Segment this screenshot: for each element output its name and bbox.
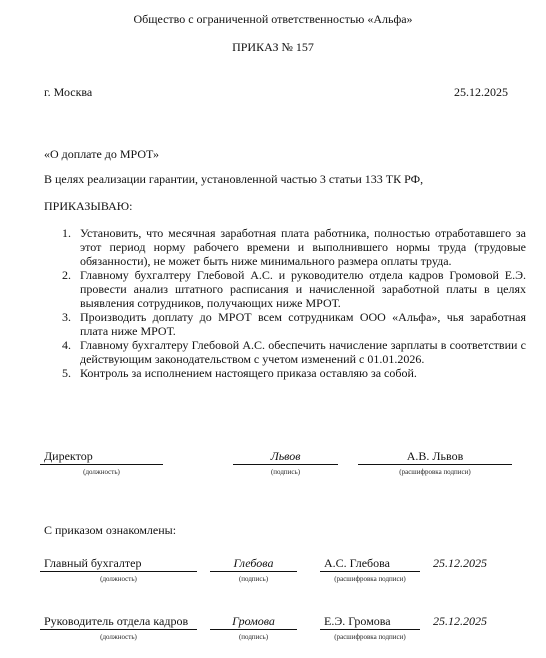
list-item: 2. Главному бухгалтеру Глебовой А.С. и р… xyxy=(80,268,526,310)
order-subject: «О доплате до МРОТ» xyxy=(44,147,159,161)
item-number: 2. xyxy=(62,268,71,282)
name-caption: (расшифровка подписи) xyxy=(320,575,420,583)
ack-date: 25.12.2025 xyxy=(433,556,487,570)
item-number: 3. xyxy=(62,310,71,324)
ack-position: Главный бухгалтер xyxy=(44,556,141,570)
position-caption: (должность) xyxy=(40,633,197,641)
item-text: Главному бухгалтеру Глебовой А.С. и руко… xyxy=(80,268,526,310)
list-item: 5. Контроль за исполнением настоящего пр… xyxy=(80,366,526,380)
item-number: 5. xyxy=(62,366,71,380)
position-line xyxy=(40,464,163,465)
city: г. Москва xyxy=(44,85,92,99)
signature-caption: (подпись) xyxy=(210,575,297,583)
item-text: Производить доплату до МРОТ всем сотрудн… xyxy=(80,310,526,338)
ack-date: 25.12.2025 xyxy=(433,614,487,628)
list-item: 4. Главному бухгалтеру Глебовой А.С. обе… xyxy=(80,338,526,366)
list-item: 1. Установить, что месячная заработная п… xyxy=(80,226,526,268)
acknowledgement-heading: С приказом ознакомлены: xyxy=(44,523,176,537)
organization-name: Общество с ограниченной ответственностью… xyxy=(0,12,546,26)
ack-name: А.С. Глебова xyxy=(324,556,390,570)
item-text: Главному бухгалтеру Глебовой А.С. обеспе… xyxy=(80,338,526,366)
name-line xyxy=(358,464,512,465)
ack-signature: Громова xyxy=(210,614,297,628)
position-line xyxy=(40,571,197,572)
item-number: 1. xyxy=(62,226,71,240)
item-text: Контроль за исполнением настоящего прика… xyxy=(80,366,417,380)
signature-line xyxy=(233,464,338,465)
signature-caption: (подпись) xyxy=(210,633,297,641)
item-number: 4. xyxy=(62,338,71,352)
ack-name: Е.Э. Громова xyxy=(324,614,391,628)
name-caption: (расшифровка подписи) xyxy=(320,633,420,641)
item-text: Установить, что месячная заработная плат… xyxy=(80,226,526,268)
order-basis: В целях реализации гарантии, установленн… xyxy=(44,172,423,186)
director-position: Директор xyxy=(44,449,93,463)
position-caption: (должность) xyxy=(40,468,163,476)
ack-position: Руководитель отдела кадров xyxy=(44,614,188,628)
name-line xyxy=(320,629,420,630)
order-title: ПРИКАЗ № 157 xyxy=(0,40,546,54)
list-item: 3. Производить доплату до МРОТ всем сотр… xyxy=(80,310,526,338)
signature-caption: (подпись) xyxy=(233,468,338,476)
name-line xyxy=(320,571,420,572)
director-name: А.В. Львов xyxy=(358,449,512,463)
director-signature: Львов xyxy=(233,449,338,463)
order-word: ПРИКАЗЫВАЮ: xyxy=(44,199,132,213)
order-date: 25.12.2025 xyxy=(454,85,508,99)
signature-line xyxy=(210,629,297,630)
ack-signature: Глебова xyxy=(210,556,297,570)
position-caption: (должность) xyxy=(40,575,197,583)
signature-line xyxy=(210,571,297,572)
position-line xyxy=(40,629,197,630)
order-items-list: 1. Установить, что месячная заработная п… xyxy=(62,226,526,380)
name-caption: (расшифровка подписи) xyxy=(358,468,512,476)
